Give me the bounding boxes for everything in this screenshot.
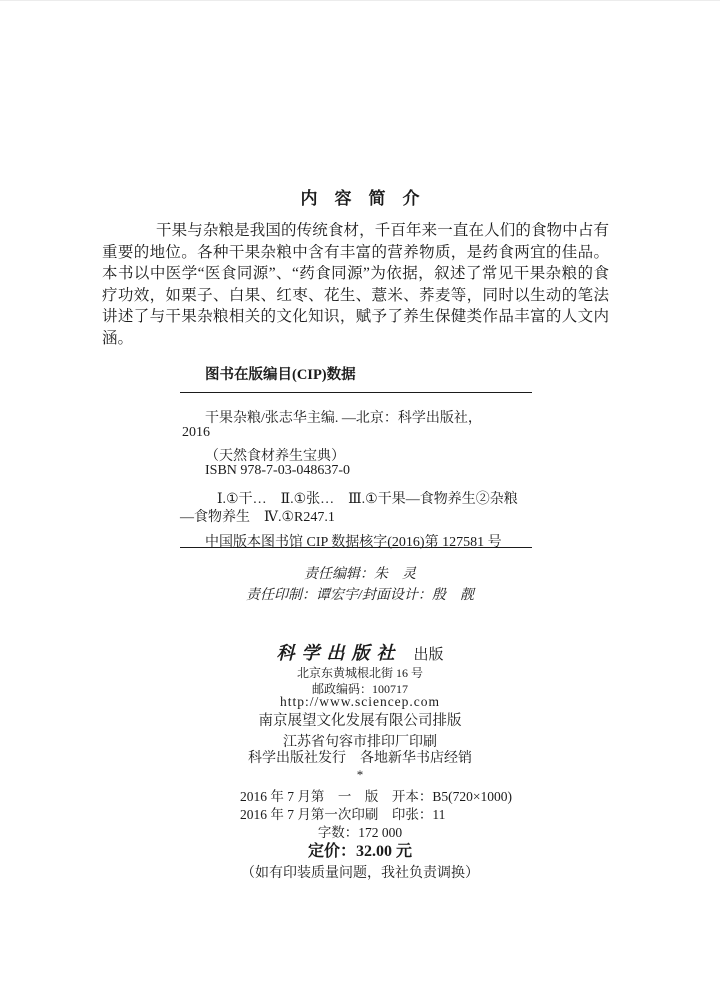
cip-classification-line-1: Ⅰ.①干… Ⅱ.①张… Ⅲ.①干果—食物养生②杂粮 bbox=[217, 488, 518, 508]
cip-classification-line-2: —食物养生 Ⅳ.①R247.1 bbox=[180, 506, 335, 526]
price-line: 定价：32.00 元 bbox=[0, 838, 720, 861]
quality-notice: （如有印装质量问题，我社负责调换） bbox=[0, 862, 720, 882]
publisher-website: http://www.sciencep.com bbox=[0, 694, 720, 710]
cip-heading: 图书在版编目(CIP)数据 bbox=[205, 363, 356, 384]
publisher-address: 北京东黄城根北街 16 号 bbox=[0, 664, 720, 681]
book-copyright-page: 内 容 简 介 干果与杂粮是我国的传统食材，千百年来一直在人们的食物中占有重要的… bbox=[0, 0, 720, 1000]
cip-top-rule bbox=[180, 392, 532, 393]
edition-block: 2016 年 7 月第 一 版 开本：B5(720×1000) 2016 年 7… bbox=[240, 788, 512, 823]
responsible-printing-line: 责任印制：谭宏宇/封面设计：殷 靓 bbox=[0, 585, 720, 606]
responsible-editor-line: 责任编辑：朱 灵 bbox=[0, 564, 720, 585]
intro-paragraph: 干果与杂粮是我国的传统食材，千百年来一直在人们的食物中占有重要的地位。各种干果杂… bbox=[102, 220, 609, 349]
cip-title-line: 干果杂粮/张志华主编. —北京：科学出版社， bbox=[205, 407, 482, 427]
cip-year-line: 2016 bbox=[182, 425, 210, 441]
cip-isbn-line: ISBN 978-7-03-048637-0 bbox=[205, 463, 350, 479]
edition-line: 2016 年 7 月第 一 版 开本：B5(720×1000) bbox=[240, 788, 512, 806]
intro-title: 内 容 简 介 bbox=[0, 184, 720, 209]
cip-series-line: （天然食材养生宝典） bbox=[205, 445, 345, 465]
distribution-line: 科学出版社发行 各地新华书店经销 bbox=[0, 747, 720, 767]
cip-record-number: 中国版本图书馆 CIP 数据核字(2016)第 127581 号 bbox=[205, 531, 502, 551]
staff-block: 责任编辑：朱 灵 责任印制：谭宏宇/封面设计：殷 靓 bbox=[0, 564, 720, 606]
publisher-name-line: 科学出版社 出版 bbox=[0, 639, 720, 665]
cip-block: 图书在版编目(CIP)数据 干果杂粮/张志华主编. —北京：科学出版社， 201… bbox=[180, 363, 532, 553]
publisher-block: 科学出版社 出版 北京东黄城根北街 16 号 邮政编码：100717 http:… bbox=[0, 639, 720, 789]
publisher-logo-text: 科学出版社 bbox=[276, 643, 401, 663]
publisher-suffix: 出版 bbox=[413, 647, 443, 663]
asterisk-separator: * bbox=[0, 767, 720, 783]
cip-bottom-rule bbox=[180, 547, 532, 548]
typesetter-line: 南京展望文化发展有限公司排版 bbox=[0, 709, 720, 730]
